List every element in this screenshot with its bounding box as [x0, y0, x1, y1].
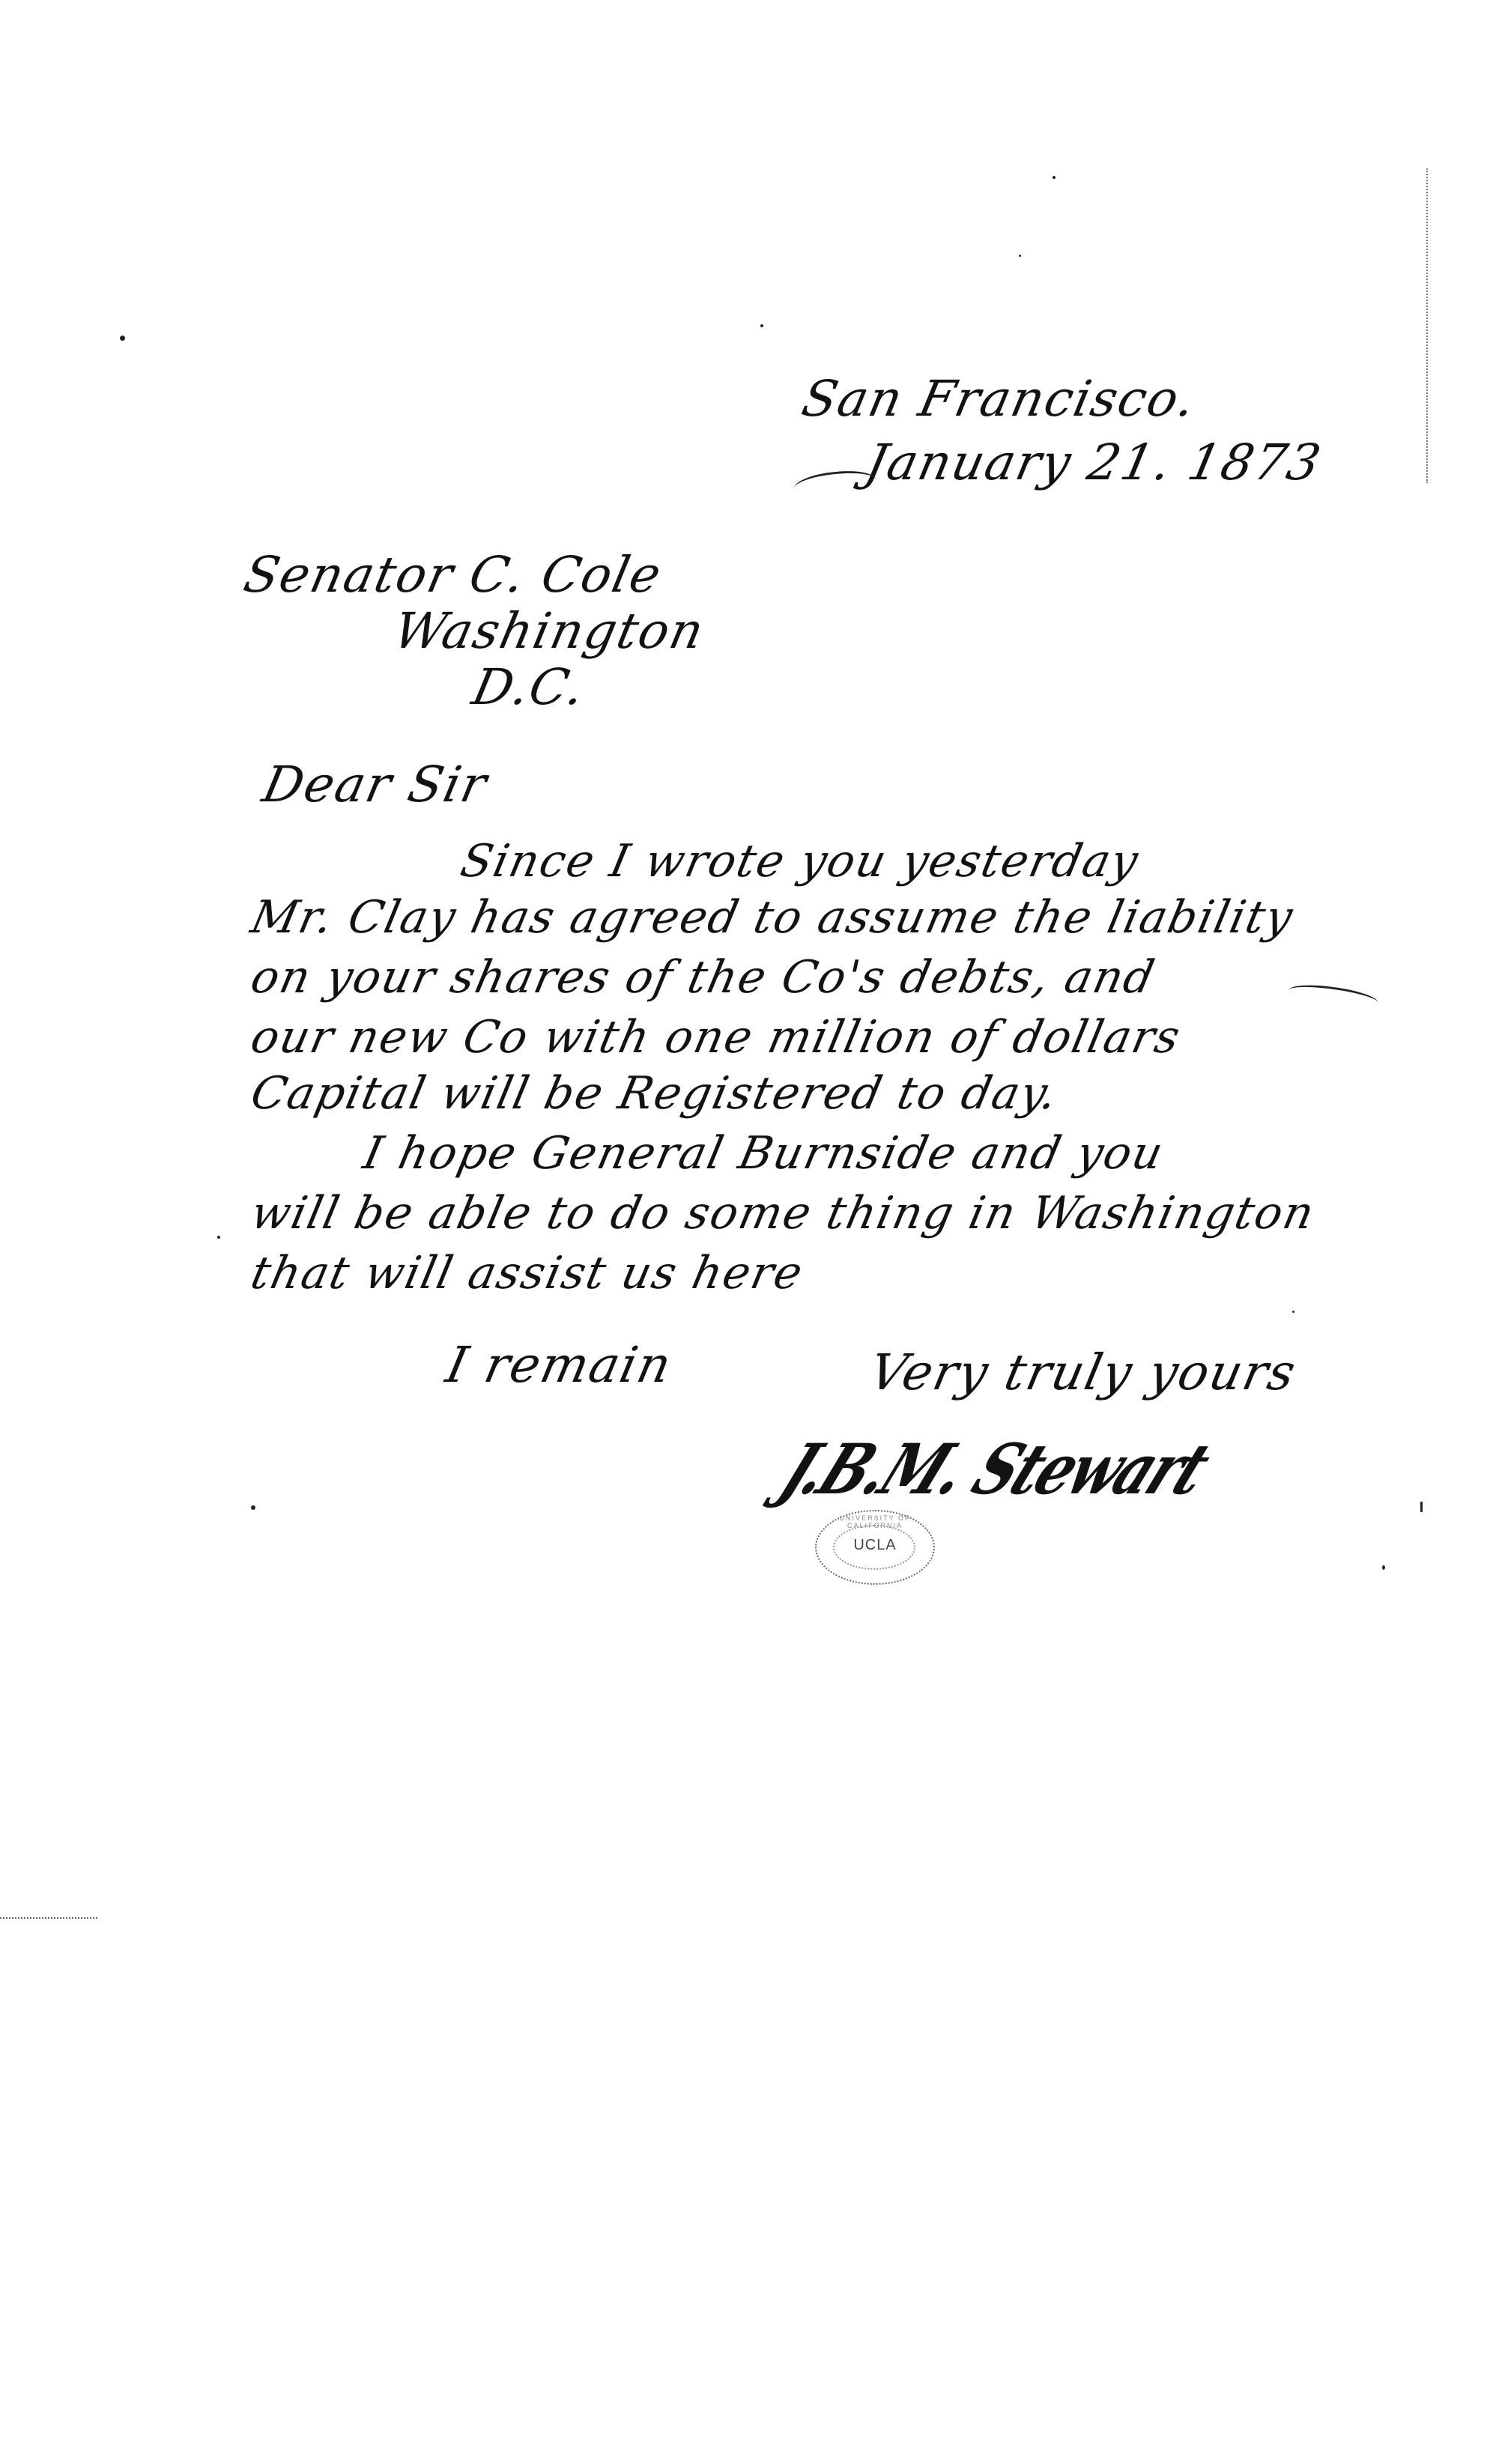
- scan-speck: [1019, 255, 1021, 257]
- body-line: Capital will be Registered to day.: [247, 1071, 1062, 1116]
- date-flourish: [793, 467, 878, 500]
- scan-speck: [251, 1505, 255, 1510]
- scan-speck: [1053, 176, 1056, 179]
- scan-edge-mark: [0, 1917, 97, 1919]
- body-line: our new Co with one million of dollars: [247, 1015, 1185, 1060]
- library-stamp: UNIVERSITY OF CALIFORNIA UCLA: [815, 1510, 935, 1585]
- letter-place: San Francisco.: [798, 374, 1201, 424]
- body-line: that will assist us here: [247, 1251, 808, 1296]
- stamp-label: UCLA: [817, 1537, 933, 1554]
- closing-phrase-1: I remain: [442, 1341, 676, 1390]
- body-line: will be able to do some thing in Washing…: [247, 1191, 1319, 1236]
- addressee-region: D.C.: [468, 663, 590, 712]
- letter-date: January 21. 1873: [861, 438, 1326, 488]
- scan-speck: [1382, 1565, 1385, 1570]
- addressee-name: Senator C. Cole: [240, 550, 666, 600]
- body-line: Since I wrote you yesterday: [457, 839, 1143, 884]
- addressee-city: Washington: [390, 607, 709, 656]
- scan-speck: [120, 336, 125, 341]
- scan-speck: [1292, 1311, 1294, 1313]
- scan-edge-line: [1426, 169, 1428, 483]
- scan-speck: [760, 324, 763, 327]
- line-end-flourish: [1288, 981, 1379, 1012]
- scan-speck: [1420, 1502, 1423, 1512]
- body-line: on your shares of the Co's debts, and: [247, 955, 1160, 1000]
- closing-phrase-2: Very truly yours: [865, 1348, 1300, 1398]
- body-line: I hope General Burnside and you: [360, 1131, 1168, 1176]
- salutation: Dear Sir: [258, 760, 492, 810]
- signature: J.B.M. Stewart: [772, 1436, 1217, 1505]
- scan-speck: [217, 1236, 220, 1239]
- letter-page: San Francisco. January 21. 1873 Senator …: [0, 0, 1496, 2464]
- body-line: Mr. Clay has agreed to assume the liabil…: [247, 895, 1297, 940]
